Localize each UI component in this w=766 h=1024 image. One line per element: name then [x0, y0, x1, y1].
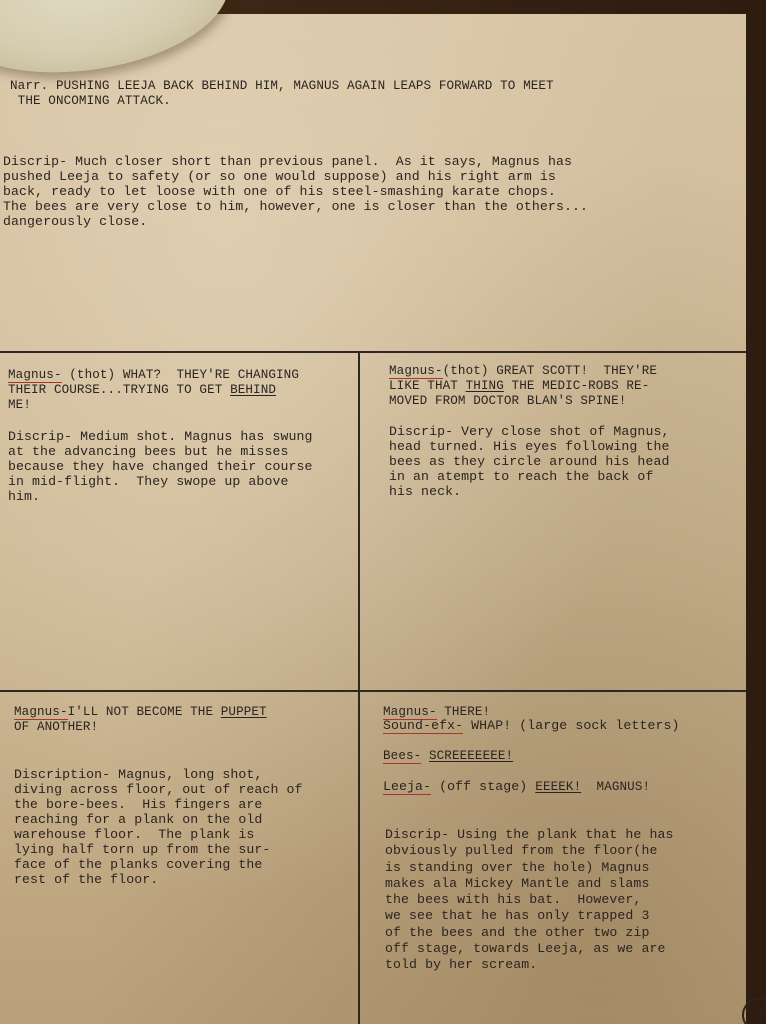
description-line: pushed Leeja to safety (or so one would … [3, 169, 556, 184]
emphasis-word: EEEEK! [535, 780, 581, 794]
description-line: is standing over the hole) Magnus [385, 860, 649, 875]
speaker-label: Bees- [383, 749, 421, 764]
description-line: of the bees and the other two zip [385, 925, 649, 940]
panel-2-dialogue: Magnus-(thot) GREAT SCOTT! THEY'RE LIKE … [389, 364, 657, 409]
panel-divider-vertical [358, 351, 360, 1024]
dialogue-line: (thot) GREAT SCOTT! THEY'RE [443, 364, 657, 378]
description-line: obviously pulled from the floor(he [385, 843, 657, 858]
panel-2-description: Discrip- Very close shot of Magnus, head… [389, 424, 669, 499]
description-line: reaching for a plank on the old [14, 812, 262, 827]
description-line: face of the planks covering the [14, 857, 262, 872]
cue-text: (off stage) [431, 779, 535, 794]
description-line: Discrip- Using the plank that he has [385, 827, 674, 842]
panel-1-description: Discrip- Medium shot. Magnus has swung a… [8, 429, 313, 504]
description-line: bees as they circle around his head [389, 454, 669, 469]
description-line: him. [8, 489, 40, 504]
cue-text: WHAP! (large sock letters) [463, 718, 679, 733]
description-line: rest of the floor. [14, 872, 158, 887]
emphasis-word: PUPPET [221, 705, 267, 719]
dialogue-line: I'LL NOT BECOME THE [68, 705, 221, 719]
description-line: makes ala Mickey Mantle and slams [385, 876, 649, 891]
description-line: warehouse floor. The plank is [14, 827, 254, 842]
dialogue-line: (thot) WHAT? THEY'RE CHANGING [62, 368, 299, 382]
panel-divider-horizontal-2 [0, 690, 746, 692]
panel-1-dialogue: Magnus- (thot) WHAT? THEY'RE CHANGING TH… [8, 368, 299, 413]
speaker-label: Leeja- [383, 779, 431, 795]
description-line: off stage, towards Leeja, as we are [385, 941, 665, 956]
description-line: because they have changed their course [8, 459, 313, 474]
panel-4-cue-sound: Sound-efx- WHAP! (large sock letters) [383, 718, 680, 733]
dialogue-line: THEIR COURSE...TRYING TO GET [8, 383, 230, 397]
description-line: head turned. His eyes following the [389, 439, 669, 454]
narration-line-1: PUSHING LEEJA BACK BEHIND HIM, MAGNUS AG… [56, 79, 554, 93]
panel-3-dialogue: Magnus-I'LL NOT BECOME THE PUPPET OF ANO… [14, 705, 267, 735]
panel-4-cue-leeja: Leeja- (off stage) EEEEK! MAGNUS! [383, 779, 650, 795]
description-line: in mid-flight. They swope up above [8, 474, 288, 489]
description-line: Much closer short than previous panel. A… [67, 154, 572, 169]
description-line: told by her scream. [385, 957, 537, 972]
description-line: dangerously close. [3, 214, 147, 229]
description-line: in an atempt to reach the back of [389, 469, 653, 484]
panel-divider-horizontal-1 [0, 351, 746, 353]
speaker-label: Magnus- [14, 705, 68, 720]
panel-4-description: Discrip- Using the plank that he has obv… [385, 827, 674, 974]
description-line: Discription- Magnus, long shot, [14, 767, 262, 782]
description-line: we see that he has only trapped 3 [385, 908, 649, 923]
description-line: back, ready to let loose with one of his… [3, 184, 556, 199]
dialogue-line: THE MEDIC-ROBS RE- [504, 379, 650, 393]
description-line: at the advancing bees but he misses [8, 444, 288, 459]
description-line: his neck. [389, 484, 461, 499]
emphasis-word: BEHIND [230, 383, 276, 397]
description-line: diving across floor, out of reach of [14, 782, 303, 797]
description-line: Discrip- Very close shot of Magnus, [389, 424, 669, 439]
cue-text: MAGNUS! [581, 780, 650, 794]
top-description: Discrip- Much closer short than previous… [3, 154, 588, 229]
emphasis-word: THING [466, 379, 504, 393]
narration-block: Narr. PUSHING LEEJA BACK BEHIND HIM, MAG… [10, 79, 554, 109]
description-line: Discrip- Medium shot. Magnus has swung [8, 429, 313, 444]
speaker-label: Magnus- [8, 368, 62, 383]
speaker-label: Magnus- [389, 364, 443, 379]
dialogue-line: MOVED FROM DOCTOR BLAN'S SPINE! [389, 394, 626, 408]
description-line: the bore-bees. His fingers are [14, 797, 262, 812]
description-line: lying half torn up from the sur- [14, 842, 270, 857]
description-line: the bees with his bat. However, [385, 892, 641, 907]
cue-text: SCREEEEEEE! [429, 749, 513, 763]
cue-text: THERE! [437, 705, 491, 719]
narration-label: Narr. [10, 79, 48, 93]
dialogue-line: ME! [8, 398, 31, 412]
dialogue-line: OF ANOTHER! [14, 720, 98, 734]
narration-line-2: THE ONCOMING ATTACK. [18, 94, 171, 108]
speaker-label: Sound-efx- [383, 718, 463, 734]
description-label: Discrip- [3, 154, 67, 169]
panel-3-description: Discription- Magnus, long shot, diving a… [14, 767, 303, 887]
dialogue-line: LIKE THAT [389, 379, 466, 393]
panel-4-cue-bees: Bees- SCREEEEEEE! [383, 749, 513, 764]
description-line: The bees are very close to him, however,… [3, 199, 588, 214]
